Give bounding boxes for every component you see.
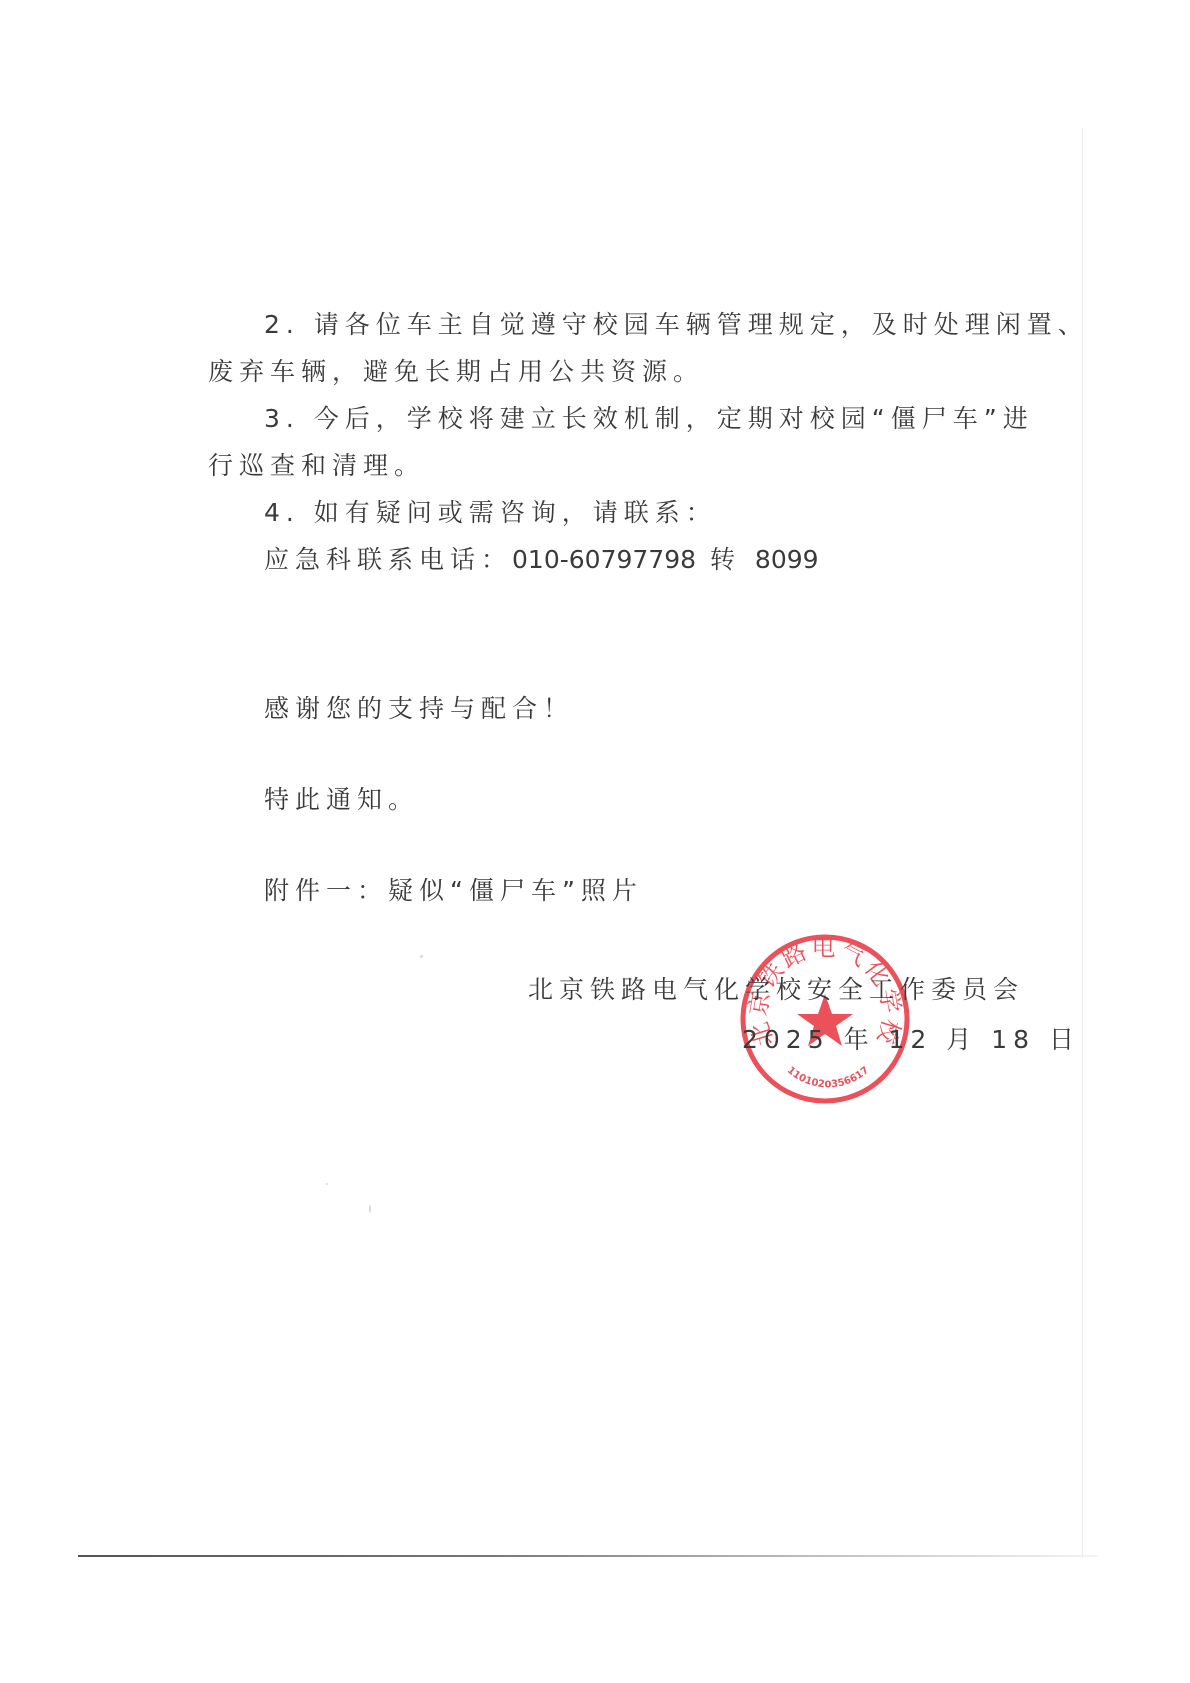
paragraph-3-line-2: 行巡查和清理。 xyxy=(208,451,425,481)
thanks-line: 感谢您的支持与配合！ xyxy=(264,694,574,724)
contact-phone: 010-60797798 xyxy=(512,545,696,574)
contact-ext: 8099 xyxy=(755,545,819,574)
contact-label: 应急科联系电话： xyxy=(264,545,512,574)
attachment-line: 附件一：疑似“僵尸车”照片 xyxy=(264,876,643,906)
scan-speck xyxy=(369,1205,371,1213)
signature-organization: 北京铁路电气化学校安全工作委员会 xyxy=(528,970,1024,1006)
contact-ext-label: 转 xyxy=(710,545,741,574)
paragraph-2-line-2: 废弃车辆，避免长期占用公共资源。 xyxy=(208,357,704,387)
paragraph-3-line-1: 3. 今后，学校将建立长效机制，定期对校园“僵尸车”进 xyxy=(264,404,1034,434)
scan-edge-bottom xyxy=(78,1555,1098,1557)
notice-line: 特此通知。 xyxy=(264,785,419,815)
scan-speck xyxy=(420,955,423,958)
paragraph-4-line-1: 4. 如有疑问或需咨询，请联系： xyxy=(264,498,717,528)
official-seal-icon: 北京铁路电气化学校 1101020356617 xyxy=(738,932,912,1106)
scan-speck xyxy=(326,1183,328,1185)
scan-edge-right xyxy=(1082,128,1083,1558)
paragraph-2-line-1: 2. 请各位车主自觉遵守校园车辆管理规定，及时处理闲置、 xyxy=(264,310,1089,340)
svg-text:1101020356617: 1101020356617 xyxy=(785,1065,871,1090)
contact-line: 应急科联系电话：010-60797798 转 8099 xyxy=(264,545,819,575)
signature-date: 2025 年 12 月 18 日 xyxy=(742,1020,1080,1056)
